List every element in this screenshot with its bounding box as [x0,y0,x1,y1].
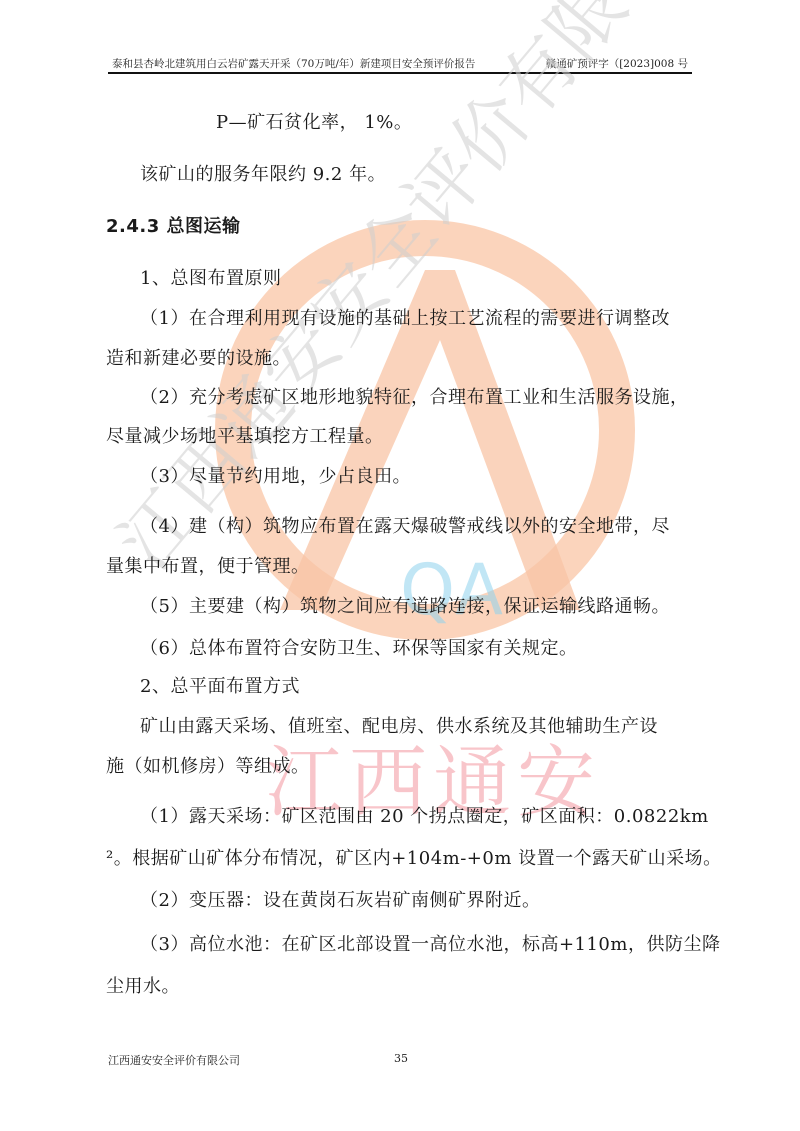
body-line: （3）高位水池：在矿区北部设置一高位水池，标高+110m，供防尘降 [140,930,720,956]
body-line: 该矿山的服务年限约 9.2 年。 [140,160,386,186]
section-heading: 2.4.3 总图运输 [106,212,241,238]
page-header: 泰和县杏岭北建筑用白云岩矿露天开采（70万吨/年）新建项目安全预评价报告 赣通矿… [108,54,692,72]
body-line: （4）建（构）筑物应布置在露天爆破警戒线以外的安全地带，尽 [140,512,670,538]
body-line: 尘用水。 [106,972,180,998]
report-title: 泰和县杏岭北建筑用白云岩矿露天开采（70万吨/年）新建项目安全预评价报告 [112,56,475,71]
body-line: （3）尽量节约用地，少占良田。 [140,462,411,488]
body-line: 量集中布置，便于管理。 [106,552,310,578]
subsection-heading: 2、总平面布置方式 [140,672,300,698]
body-line: 矿山由露天采场、值班室、配电房、供水系统及其他辅助生产设 [140,712,658,738]
page-number: 35 [394,1052,408,1065]
body-line: （5）主要建（构）筑物之间应有道路连接，保证运输线路通畅。 [140,592,670,618]
header-rule [108,72,692,74]
body-line: （1）在合理利用现有设施的基础上按工艺流程的需要进行调整改 [140,304,670,330]
body-line: ²。根据矿山矿体分布情况，矿区内+104m-+0m 设置一个露天矿山采场。 [106,844,722,870]
body-line: 施（如机修房）等组成。 [106,752,310,778]
footer-company: 江西通安安全评价有限公司 [108,1052,240,1068]
body-line: （2）充分考虑矿区地形地貌特征，合理布置工业和生活服务设施， [140,383,688,409]
document-number: 赣通矿预评字（[2023]008 号 [546,56,688,71]
body-line: （1）露天采场：矿区范围由 20 个拐点圈定，矿区面积：0.0822km [140,802,709,828]
body-line: 尽量减少场地平基填挖方工程量。 [106,422,384,448]
watermark-diagonal-company: 江西通安安全评价有限公司 [90,0,742,588]
body-line: 造和新建必要的设施。 [106,344,291,370]
body-line: （2）变压器：设在黄岗石灰岩矿南侧矿界附近。 [140,886,540,912]
body-line: （6）总体布置符合安防卫生、环保等国家有关规定。 [140,634,577,660]
body-line: P—矿石贫化率， 1%。 [216,108,412,134]
subsection-heading: 1、总图布置原则 [140,264,281,290]
